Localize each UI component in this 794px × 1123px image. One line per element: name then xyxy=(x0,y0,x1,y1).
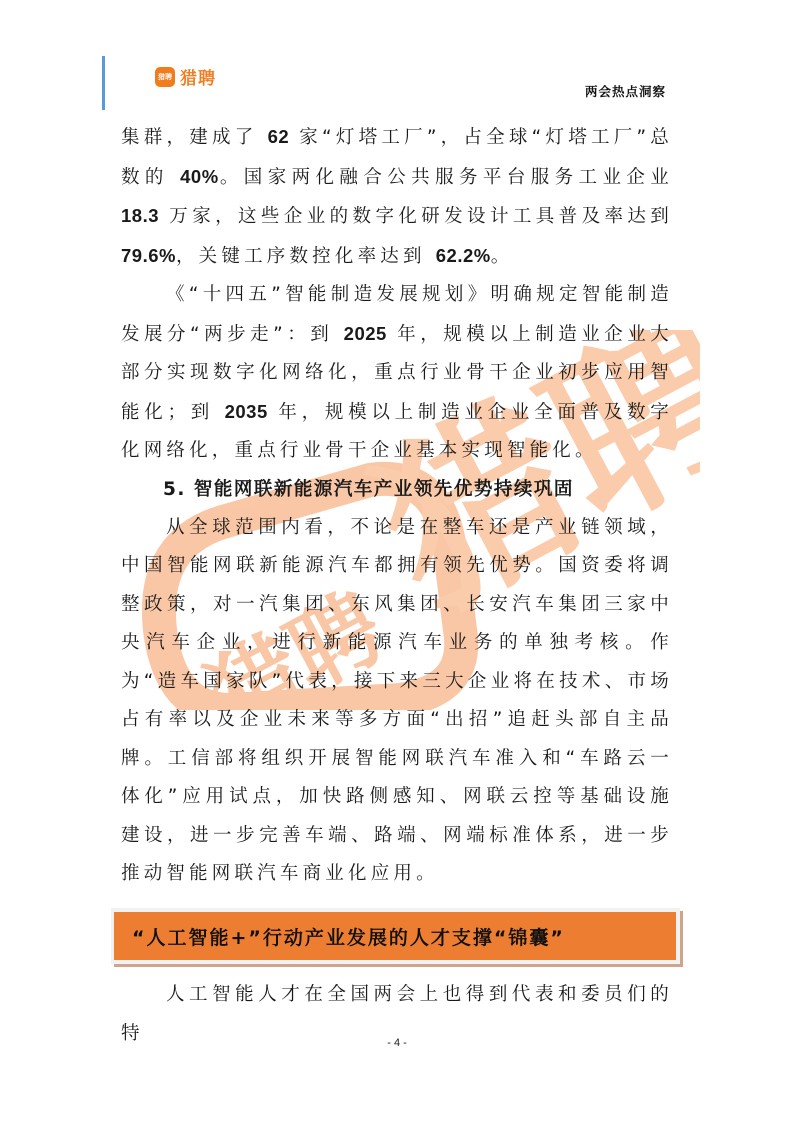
text: 。国家两化融合公共服务平台服务工业企业 xyxy=(219,167,673,188)
header-section-label: 两会热点洞察 xyxy=(585,82,666,100)
number: 62 xyxy=(268,126,290,147)
text: ，关键工序数控化率达到 xyxy=(176,246,436,267)
number: 79.6% xyxy=(121,245,176,266)
text: 。 xyxy=(491,246,514,267)
document-body: 集群，建成了 62 家“灯塔工厂”，占全球“灯塔工厂”总数的 40%。国家两化融… xyxy=(121,118,673,894)
section-banner-fill: “人工智能+”行动产业发展的人才支撑“锦囊” xyxy=(114,912,676,960)
paragraph-14th-five-year-plan: 《“十四五”智能制造发展规划》明确规定智能制造发展分“两步走”：到 2025 年… xyxy=(121,276,673,471)
liepin-logo-icon: 猎聘 xyxy=(155,67,175,87)
paragraph-ev-industry: 从全球范围内看，不论是在整车还是产业链领域，中国智能网联新能源汽车都拥有领先优势… xyxy=(121,509,673,894)
section-banner-title: “人工智能+”行动产业发展的人才支撑“锦囊” xyxy=(132,923,565,950)
text: 万家，这些企业的数字化研发设计工具普及率达到 xyxy=(159,206,673,227)
number: 40% xyxy=(180,166,219,187)
brand-logo: 猎聘 猎聘 xyxy=(155,64,216,89)
number: 62.2% xyxy=(436,245,491,266)
subheading-ev-industry: 5. 智能网联新能源汽车产业领先优势持续巩固 xyxy=(121,471,673,509)
header-accent-bar xyxy=(102,56,105,110)
number: 2025 xyxy=(344,323,387,344)
number: 2035 xyxy=(225,401,268,422)
section-banner: “人工智能+”行动产业发展的人才支撑“锦囊” xyxy=(111,908,680,964)
number: 18.3 xyxy=(121,205,159,226)
paragraph-lighthouse-factories: 集群，建成了 62 家“灯塔工厂”，占全球“灯塔工厂”总数的 40%。国家两化融… xyxy=(121,118,673,276)
logo-text: 猎聘 xyxy=(180,64,216,89)
page-number: - 4 - xyxy=(0,1037,794,1049)
text: 集群，建成了 xyxy=(121,127,268,148)
